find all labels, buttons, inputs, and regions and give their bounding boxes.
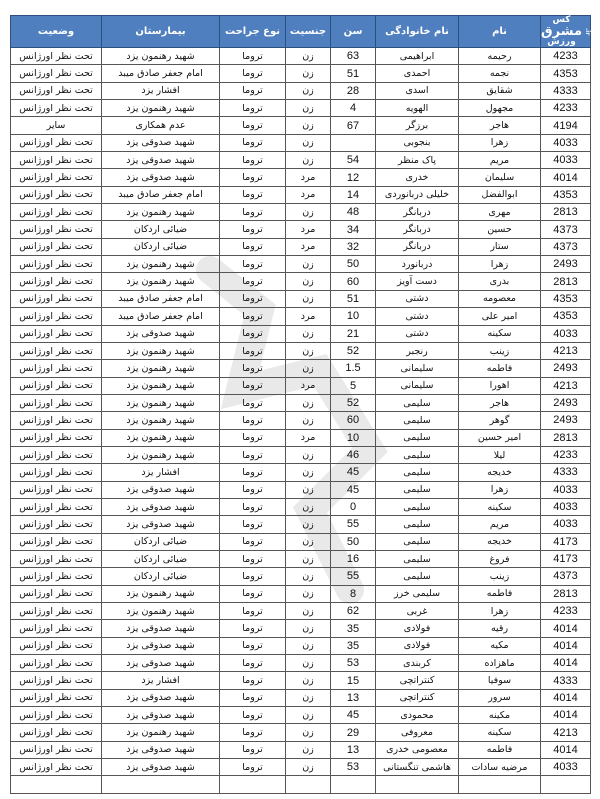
first-name-cell: هاجر [459, 117, 541, 134]
id-cell: 4033 [541, 516, 591, 533]
gender-cell: زن [286, 100, 331, 117]
id-cell: 4373 [541, 238, 591, 255]
id-cell: 2813 [541, 429, 591, 446]
age-cell: 45 [331, 481, 376, 498]
last-name-cell: سلیمی [376, 533, 459, 550]
header-last-name: نام خانوادگی [376, 16, 459, 48]
surgery-type-cell: تروما [220, 152, 286, 169]
table-row: 4373حسیندربانگر34مردتروماضیائی اردکانتحت… [11, 221, 591, 238]
age-cell [331, 776, 376, 793]
first-name-cell: سکینه [459, 724, 541, 741]
gender-cell: مرد [286, 377, 331, 394]
age-cell: 55 [331, 568, 376, 585]
table-body: 4233رحیمهابراهیمی63زنتروماشهید رهنمون یز… [11, 48, 591, 794]
gender-cell: زن [286, 204, 331, 221]
table-row: 4173خدیجهسلیمی50زنتروماضیائی اردکانتحت ن… [11, 533, 591, 550]
id-cell: 4194 [541, 117, 591, 134]
status-cell: تحت نظر اورژانس [11, 273, 102, 290]
surgery-type-cell: تروما [220, 117, 286, 134]
gender-cell: مرد [286, 238, 331, 255]
table-row: 4033سکینهسلیمی0زنتروماشهید صدوقی یزدتحت … [11, 498, 591, 515]
hospital-cell: شهید رهنمون یزد [102, 377, 220, 394]
id-cell: 4333 [541, 82, 591, 99]
last-name-cell: خدری [376, 169, 459, 186]
last-name-cell: هاشمی تنگستانی [376, 759, 459, 776]
age-cell: 21 [331, 325, 376, 342]
last-name-cell: معصومی خدری [376, 741, 459, 758]
status-cell: سایر [11, 117, 102, 134]
surgery-type-cell: تروما [220, 533, 286, 550]
gender-cell: زن [286, 290, 331, 307]
last-name-cell: سلیمانی [376, 377, 459, 394]
age-cell: 45 [331, 707, 376, 724]
status-cell: تحت نظر اورژانس [11, 100, 102, 117]
id-cell: 4333 [541, 464, 591, 481]
hospital-cell: شهید صدوقی یزد [102, 325, 220, 342]
last-name-cell: دربانورد [376, 256, 459, 273]
table-row: 4033مریمپاک منظر54زنتروماشهید صدوقی یزدت… [11, 152, 591, 169]
mashregh-logo: ir. کس مشرق ورزش [541, 16, 590, 47]
logo-foot-text: ورزش [547, 37, 575, 47]
hospital-cell: شهید صدوقی یزد [102, 741, 220, 758]
last-name-cell: کنتراتچی [376, 672, 459, 689]
hospital-cell: شهید صدوقی یزد [102, 655, 220, 672]
status-cell: تحت نظر اورژانس [11, 516, 102, 533]
hospital-cell: افشار یزد [102, 672, 220, 689]
gender-cell: زن [286, 759, 331, 776]
id-cell: 4213 [541, 724, 591, 741]
surgery-type-cell: تروما [220, 429, 286, 446]
hospital-cell: ضیائی اردکان [102, 550, 220, 567]
table-row: 4233لیلاسلیمی46زنتروماشهید رهنمون یزدتحت… [11, 446, 591, 463]
surgery-type-cell: تروما [220, 221, 286, 238]
surgery-type-cell: تروما [220, 186, 286, 203]
first-name-cell: امیر علی [459, 308, 541, 325]
gender-cell: زن [286, 446, 331, 463]
id-cell: 2813 [541, 204, 591, 221]
hospital-cell: شهید صدوقی یزد [102, 759, 220, 776]
first-name-cell: ستار [459, 238, 541, 255]
last-name-cell: رنجبر [376, 342, 459, 359]
id-cell: 4373 [541, 221, 591, 238]
age-cell: 48 [331, 204, 376, 221]
id-cell: 4233 [541, 603, 591, 620]
table-row: 4333خدیجهسلیمی45زنتروماافشار یزدتحت نظر … [11, 464, 591, 481]
gender-cell: زن [286, 707, 331, 724]
id-cell: 4233 [541, 446, 591, 463]
surgery-type-cell: تروما [220, 568, 286, 585]
id-cell: 4014 [541, 169, 591, 186]
hospital-cell: امام جعفر صادق میبد [102, 290, 220, 307]
first-name-cell: شقایق [459, 82, 541, 99]
gender-cell: زن [286, 724, 331, 741]
first-name-cell: خدیجه [459, 533, 541, 550]
status-cell: تحت نظر اورژانس [11, 342, 102, 359]
status-cell: تحت نظر اورژانس [11, 724, 102, 741]
first-name-cell: فروغ [459, 550, 541, 567]
hospital-cell: ضیائی اردکان [102, 533, 220, 550]
gender-cell: زن [286, 672, 331, 689]
table-row: 4233رحیمهابراهیمی63زنتروماشهید رهنمون یز… [11, 48, 591, 65]
surgery-type-cell: تروما [220, 498, 286, 515]
last-name-cell: دشتی [376, 325, 459, 342]
table-row: 2493هاجرسلیمی52زنتروماشهید رهنمون یزدتحت… [11, 394, 591, 411]
table-row: 4333سوفیاکنتراتچی15زنتروماافشار یزدتحت ن… [11, 672, 591, 689]
age-cell: 35 [331, 637, 376, 654]
hospital-cell: شهید رهنمون یزد [102, 273, 220, 290]
table-row: 4353نجمهاحمدی51زنتروماامام جعفر صادق میب… [11, 65, 591, 82]
surgery-type-cell: تروما [220, 238, 286, 255]
status-cell [11, 776, 102, 793]
surgery-type-cell: تروما [220, 689, 286, 706]
status-cell: تحت نظر اورژانس [11, 655, 102, 672]
hospital-cell: شهید صدوقی یزد [102, 620, 220, 637]
age-cell: 46 [331, 446, 376, 463]
first-name-cell: زینب [459, 342, 541, 359]
age-cell: 0 [331, 498, 376, 515]
surgery-type-cell: تروما [220, 603, 286, 620]
id-cell: 4033 [541, 481, 591, 498]
status-cell: تحت نظر اورژانس [11, 186, 102, 203]
surgery-type-cell: تروما [220, 759, 286, 776]
status-cell: تحت نظر اورژانس [11, 290, 102, 307]
gender-cell: زن [286, 342, 331, 359]
patients-table: ir. کس مشرق ورزش نام نام خانوادگی سن جنس… [10, 15, 591, 794]
first-name-cell: سکینه [459, 325, 541, 342]
age-cell: 45 [331, 464, 376, 481]
table-row: 4373ستاردربانگر32مردتروماضیائی اردکانتحت… [11, 238, 591, 255]
table-row: 4173فروغسلیمی16زنتروماضیائی اردکانتحت نظ… [11, 550, 591, 567]
status-cell: تحت نظر اورژانس [11, 585, 102, 602]
surgery-type-cell: تروما [220, 655, 286, 672]
hospital-cell: شهید رهنمون یزد [102, 204, 220, 221]
status-cell: تحت نظر اورژانس [11, 429, 102, 446]
table-row: 4194هاجربرزگر67زنتروماعدم همکاریسایر [11, 117, 591, 134]
id-cell: 4173 [541, 550, 591, 567]
hospital-cell: شهید رهنمون یزد [102, 585, 220, 602]
id-cell: 2493 [541, 360, 591, 377]
table-row: 4353معصومهدشتی51زنتروماامام جعفر صادق می… [11, 290, 591, 307]
age-cell: 5 [331, 377, 376, 394]
gender-cell: زن [286, 65, 331, 82]
first-name-cell: زهرا [459, 256, 541, 273]
age-cell: 12 [331, 169, 376, 186]
age-cell: 50 [331, 256, 376, 273]
hospital-cell: شهید رهنمون یزد [102, 429, 220, 446]
age-cell: 63 [331, 48, 376, 65]
first-name-cell: مریم [459, 516, 541, 533]
status-cell: تحت نظر اورژانس [11, 446, 102, 463]
gender-cell [286, 776, 331, 793]
status-cell: تحت نظر اورژانس [11, 204, 102, 221]
hospital-cell: شهید صدوقی یزد [102, 481, 220, 498]
status-cell: تحت نظر اورژانس [11, 221, 102, 238]
table-row: 4033مرضیه ساداتهاشمی تنگستانی53زنتروماشه… [11, 759, 591, 776]
id-cell [541, 776, 591, 793]
id-cell: 4014 [541, 741, 591, 758]
surgery-type-cell: تروما [220, 585, 286, 602]
table-row: 4373زینبسلیمی55زنتروماضیائی اردکانتحت نظ… [11, 568, 591, 585]
id-cell: 4373 [541, 568, 591, 585]
last-name-cell: غربی [376, 603, 459, 620]
table-row: 4033زهرابنجوبیزنتروماشهید صدوقی یزدتحت ن… [11, 134, 591, 151]
first-name-cell: حسین [459, 221, 541, 238]
age-cell: 34 [331, 221, 376, 238]
table-row: 4233زهراغربی62زنتروماشهید رهنمون یزدتحت … [11, 603, 591, 620]
surgery-type-cell: تروما [220, 100, 286, 117]
hospital-cell: شهید رهنمون یزد [102, 412, 220, 429]
first-name-cell: ابوالفضل [459, 186, 541, 203]
hospital-cell: افشار یزد [102, 82, 220, 99]
table-row: 4213اهوراسلیمانی5مردتروماشهید رهنمون یزد… [11, 377, 591, 394]
status-cell: تحت نظر اورژانس [11, 134, 102, 151]
gender-cell: زن [286, 394, 331, 411]
surgery-type-cell: تروما [220, 516, 286, 533]
gender-cell: مرد [286, 429, 331, 446]
table-row: 2813امیر حسینسلیمی10مردتروماشهید رهنمون … [11, 429, 591, 446]
table-row: 4033زهراسلیمی45زنتروماشهید صدوقی یزدتحت … [11, 481, 591, 498]
gender-cell: زن [286, 325, 331, 342]
hospital-cell: امام جعفر صادق میبد [102, 65, 220, 82]
age-cell: 15 [331, 672, 376, 689]
last-name-cell: دربانگر [376, 221, 459, 238]
status-cell: تحت نظر اورژانس [11, 533, 102, 550]
table-row [11, 776, 591, 793]
age-cell: 60 [331, 273, 376, 290]
age-cell: 51 [331, 65, 376, 82]
last-name-cell: اسدی [376, 82, 459, 99]
status-cell: تحت نظر اورژانس [11, 637, 102, 654]
hospital-cell [102, 776, 220, 793]
last-name-cell: سلیمی [376, 446, 459, 463]
first-name-cell: هاجر [459, 394, 541, 411]
id-cell: 4014 [541, 637, 591, 654]
table-row: 4033مریمسلیمی55زنتروماشهید صدوقی یزدتحت … [11, 516, 591, 533]
surgery-type-cell: تروما [220, 377, 286, 394]
table-row: 4233مجهولالهویه4زنتروماشهید رهنمون یزدتح… [11, 100, 591, 117]
hospital-cell: شهید رهنمون یزد [102, 100, 220, 117]
surgery-type-cell: تروما [220, 325, 286, 342]
surgery-type-cell: تروما [220, 82, 286, 99]
id-cell: 4353 [541, 290, 591, 307]
last-name-cell: بنجوبی [376, 134, 459, 151]
status-cell: تحت نظر اورژانس [11, 672, 102, 689]
gender-cell: زن [286, 152, 331, 169]
last-name-cell: سلیمی [376, 516, 459, 533]
id-cell: 4033 [541, 134, 591, 151]
status-cell: تحت نظر اورژانس [11, 689, 102, 706]
gender-cell: زن [286, 568, 331, 585]
status-cell: تحت نظر اورژانس [11, 620, 102, 637]
gender-cell: زن [286, 620, 331, 637]
id-cell: 4353 [541, 65, 591, 82]
last-name-cell: خلیلی دربانوردی [376, 186, 459, 203]
age-cell: 10 [331, 308, 376, 325]
id-cell: 4353 [541, 186, 591, 203]
table-row: 2813مهریدربانگر48زنتروماشهید رهنمون یزدت… [11, 204, 591, 221]
last-name-cell: سلیمی [376, 481, 459, 498]
table-row: 4014سلیمانخدری12مردتروماشهید صدوقی یزدتح… [11, 169, 591, 186]
status-cell: تحت نظر اورژانس [11, 238, 102, 255]
hospital-cell: شهید رهنمون یزد [102, 256, 220, 273]
hospital-cell: شهید رهنمون یزد [102, 446, 220, 463]
first-name-cell: مجهول [459, 100, 541, 117]
table-row: 4014رقیهفولادی35زنتروماشهید صدوقی یزدتحت… [11, 620, 591, 637]
table-row: 4014مکینهمحمودی45زنتروماشهید صدوقی یزدتح… [11, 707, 591, 724]
last-name-cell: احمدی [376, 65, 459, 82]
hospital-cell: شهید رهنمون یزد [102, 360, 220, 377]
surgery-type-cell: تروما [220, 204, 286, 221]
hospital-cell: شهید صدوقی یزد [102, 169, 220, 186]
surgery-type-cell: تروما [220, 134, 286, 151]
table-row: 2813بدریدست آویز60زنتروماشهید رهنمون یزد… [11, 273, 591, 290]
id-cell: 4014 [541, 620, 591, 637]
table-row: 4333شقایقاسدی28زنتروماافشار یزدتحت نظر ا… [11, 82, 591, 99]
gender-cell: زن [286, 603, 331, 620]
last-name-cell: سلیمی خرز [376, 585, 459, 602]
age-cell: 32 [331, 238, 376, 255]
last-name-cell: برزگر [376, 117, 459, 134]
first-name-cell: معصومه [459, 290, 541, 307]
first-name-cell: مکینه [459, 707, 541, 724]
status-cell: تحت نظر اورژانس [11, 325, 102, 342]
header-age: سن [331, 16, 376, 48]
table-row: 4014ماهزادهکربندی53زنتروماشهید صدوقی یزد… [11, 655, 591, 672]
id-cell: 4033 [541, 759, 591, 776]
gender-cell: زن [286, 741, 331, 758]
id-cell: 4213 [541, 377, 591, 394]
gender-cell: زن [286, 412, 331, 429]
id-cell: 4233 [541, 100, 591, 117]
surgery-type-cell: تروما [220, 637, 286, 654]
age-cell: 14 [331, 186, 376, 203]
first-name-cell: زینب [459, 568, 541, 585]
status-cell: تحت نظر اورژانس [11, 741, 102, 758]
status-cell: تحت نظر اورژانس [11, 377, 102, 394]
id-cell: 4353 [541, 308, 591, 325]
first-name-cell: مکیه [459, 637, 541, 654]
last-name-cell: سلیمی [376, 550, 459, 567]
id-cell: 4014 [541, 707, 591, 724]
header-status: وضعیت [11, 16, 102, 48]
last-name-cell: فولادی [376, 620, 459, 637]
age-cell: 16 [331, 550, 376, 567]
hospital-cell: شهید رهنمون یزد [102, 603, 220, 620]
hospital-cell: ضیائی اردکان [102, 221, 220, 238]
surgery-type-cell [220, 776, 286, 793]
gender-cell: زن [286, 585, 331, 602]
hospital-cell: امام جعفر صادق میبد [102, 308, 220, 325]
status-cell: تحت نظر اورژانس [11, 464, 102, 481]
first-name-cell: سلیمان [459, 169, 541, 186]
gender-cell: زن [286, 655, 331, 672]
first-name-cell: رقیه [459, 620, 541, 637]
id-cell: 4233 [541, 48, 591, 65]
id-cell: 4033 [541, 325, 591, 342]
id-cell: 2493 [541, 394, 591, 411]
table-row: 2813فاطمهسلیمی خرز8زنتروماشهید رهنمون یز… [11, 585, 591, 602]
status-cell: تحت نظر اورژانس [11, 82, 102, 99]
surgery-type-cell: تروما [220, 394, 286, 411]
age-cell: 62 [331, 603, 376, 620]
first-name-cell: فاطمه [459, 741, 541, 758]
first-name-cell: زهرا [459, 603, 541, 620]
last-name-cell: کنتراتچی [376, 689, 459, 706]
gender-cell: زن [286, 516, 331, 533]
id-cell: 2493 [541, 412, 591, 429]
gender-cell: زن [286, 498, 331, 515]
last-name-cell: دشتی [376, 290, 459, 307]
hospital-cell: شهید صدوقی یزد [102, 134, 220, 151]
first-name-cell: سوفیا [459, 672, 541, 689]
first-name-cell: لیلا [459, 446, 541, 463]
surgery-type-cell: تروما [220, 741, 286, 758]
first-name-cell: بدری [459, 273, 541, 290]
table-row: 2493گوهرسلیمی60زنتروماشهید رهنمون یزدتحت… [11, 412, 591, 429]
age-cell: 1.5 [331, 360, 376, 377]
header-surgery-type: نوع جراحت [220, 16, 286, 48]
surgery-type-cell: تروما [220, 481, 286, 498]
age-cell [331, 134, 376, 151]
gender-cell: مرد [286, 221, 331, 238]
table-row: 4014مکیهفولادی35زنتروماشهید صدوقی یزدتحت… [11, 637, 591, 654]
last-name-cell: محمودی [376, 707, 459, 724]
first-name-cell: فاطمه [459, 360, 541, 377]
first-name-cell: زهرا [459, 134, 541, 151]
gender-cell: زن [286, 134, 331, 151]
last-name-cell: پاک منظر [376, 152, 459, 169]
first-name-cell: سکینه [459, 498, 541, 515]
hospital-cell: شهید رهنمون یزد [102, 342, 220, 359]
gender-cell: زن [286, 117, 331, 134]
status-cell: تحت نظر اورژانس [11, 256, 102, 273]
status-cell: تحت نظر اورژانس [11, 394, 102, 411]
id-cell: 4033 [541, 498, 591, 515]
age-cell: 51 [331, 290, 376, 307]
hospital-cell: امام جعفر صادق میبد [102, 186, 220, 203]
hospital-cell: شهید صدوقی یزد [102, 152, 220, 169]
hospital-cell: شهید صدوقی یزد [102, 707, 220, 724]
last-name-cell: سلیمی [376, 568, 459, 585]
status-cell: تحت نظر اورژانس [11, 308, 102, 325]
status-cell: تحت نظر اورژانس [11, 65, 102, 82]
surgery-type-cell: تروما [220, 412, 286, 429]
gender-cell: مرد [286, 169, 331, 186]
age-cell: 52 [331, 394, 376, 411]
id-cell: 4033 [541, 152, 591, 169]
age-cell: 28 [331, 82, 376, 99]
surgery-type-cell: تروما [220, 464, 286, 481]
first-name-cell: مریم [459, 152, 541, 169]
hospital-cell: شهید صدوقی یزد [102, 689, 220, 706]
table-row: 2493زهرادربانورد50زنتروماشهید رهنمون یزد… [11, 256, 591, 273]
gender-cell: مرد [286, 186, 331, 203]
age-cell: 13 [331, 689, 376, 706]
hospital-cell: افشار یزد [102, 464, 220, 481]
gender-cell: زن [286, 256, 331, 273]
last-name-cell: دشتی [376, 308, 459, 325]
first-name-cell: مرضیه سادات [459, 759, 541, 776]
age-cell: 10 [331, 429, 376, 446]
gender-cell: مرد [286, 308, 331, 325]
last-name-cell: دربانگر [376, 204, 459, 221]
last-name-cell [376, 776, 459, 793]
first-name-cell: زهرا [459, 481, 541, 498]
table-row: 4014فاطمهمعصومی خدری13زنتروماشهید صدوقی … [11, 741, 591, 758]
last-name-cell: الهویه [376, 100, 459, 117]
id-cell: 4333 [541, 672, 591, 689]
surgery-type-cell: تروما [220, 48, 286, 65]
